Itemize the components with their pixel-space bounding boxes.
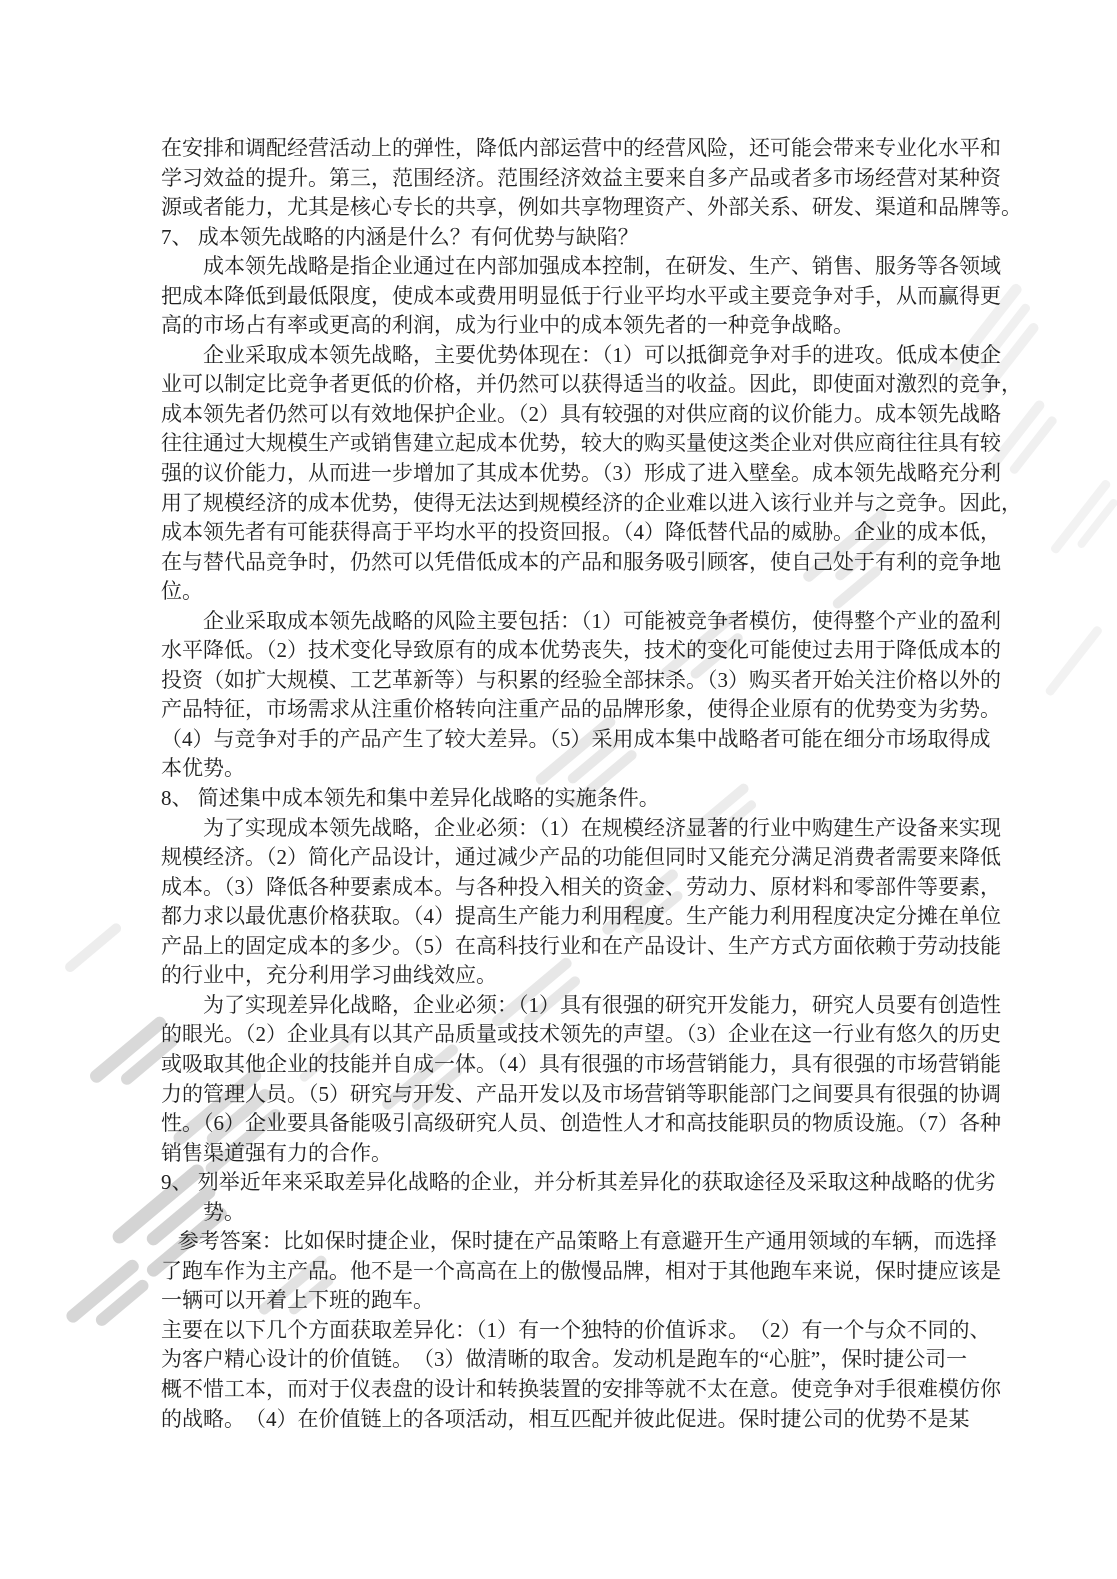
text-line: 7、 成本领先战略的内涵是什么？有何优势与缺陷？ xyxy=(161,223,971,253)
document-text: 在安排和调配经营活动上的弹性，降低内部运营中的经营风险，还可能会带来专业化水平和… xyxy=(161,134,971,1434)
text-line: 高的市场占有率或更高的利润，成为行业中的成本领先者的一种竞争战略。 xyxy=(161,311,971,341)
text-line: 产品特征，市场需求从注重价格转向注重产品的品牌形象，使得企业原有的优势变为劣势。 xyxy=(161,695,971,725)
text-line: 成本。（3）降低各种要素成本。与各种投入相关的资金、劳动力、原材料和零部件等要素… xyxy=(161,873,971,903)
text-line: 为了实现差异化战略，企业必须：（1）具有很强的研究开发能力，研究人员要有创造性 xyxy=(161,991,971,1021)
text-line: 成本领先者有可能获得高于平均水平的投资回报。（4）降低替代品的威胁。企业的成本低… xyxy=(161,518,971,548)
text-line: 或吸取其他企业的技能并自成一体。（4）具有很强的市场营销能力，具有很强的市场营销… xyxy=(161,1050,971,1080)
text-line: 投资（如扩大规模、工艺革新等）与积累的经验全部抹杀。（3）购买者开始关注价格以外… xyxy=(161,666,971,696)
document-page: 在安排和调配经营活动上的弹性，降低内部运营中的经营风险，还可能会带来专业化水平和… xyxy=(0,0,1117,1579)
text-line: 为了实现成本领先战略，企业必须：（1）在规模经济显著的行业中购建生产设备来实现 xyxy=(161,814,971,844)
text-line: 企业采取成本领先战略的风险主要包括：（1）可能被竞争者模仿，使得整个产业的盈利 xyxy=(161,607,971,637)
text-line: 概不惜工本，而对于仪表盘的设计和转换装置的安排等就不太在意。使竞争对手很难模仿你 xyxy=(161,1375,971,1405)
text-line: 的战略。 （4）在价值链上的各项活动，相互匹配并彼此促进。保时捷公司的优势不是某 xyxy=(161,1405,971,1435)
text-line: 都力求以最优惠价格获取。（4）提高生产能力利用程度。生产能力利用程度决定分摊在单… xyxy=(161,902,971,932)
text-line: 本优势。 xyxy=(161,754,971,784)
text-line: 在安排和调配经营活动上的弹性，降低内部运营中的经营风险，还可能会带来专业化水平和 xyxy=(161,134,971,164)
text-line: 参考答案：比如保时捷企业，保时捷在产品策略上有意避开生产通用领域的车辆，而选择 xyxy=(161,1227,971,1257)
text-line: 把成本降低到最低限度，使成本或费用明显低于行业平均水平或主要竞争对手，从而赢得更 xyxy=(161,282,971,312)
text-line: 势。 xyxy=(161,1198,971,1228)
text-line: 成本领先者仍然可以有效地保护企业。（2）具有较强的对供应商的议价能力。成本领先战… xyxy=(161,400,971,430)
text-line: 销售渠道强有力的合作。 xyxy=(161,1139,971,1169)
text-line: 位。 xyxy=(161,577,971,607)
text-line: 用了规模经济的成本优势，使得无法达到规模经济的企业难以进入该行业并与之竞争。因此… xyxy=(161,489,971,519)
text-line: 学习效益的提升。第三，范围经济。范围经济效益主要来自多产品或者多市场经营对某种资 xyxy=(161,164,971,194)
text-line: 水平降低。（2）技术变化导致原有的成本优势丧失，技术的变化可能使过去用于降低成本… xyxy=(161,636,971,666)
text-line: 9、 列举近年来采取差异化战略的企业，并分析其差异化的获取途径及采取这种战略的优… xyxy=(161,1168,971,1198)
text-line: 性。（6）企业要具备能吸引高级研究人员、创造性人才和高技能职员的物质设施。（7）… xyxy=(161,1109,971,1139)
text-line: 业可以制定比竞争者更低的价格，并仍然可以获得适当的收益。因此，即使面对激烈的竞争… xyxy=(161,370,971,400)
text-line: 力的管理人员。（5）研究与开发、产品开发以及市场营销等职能部门之间要具有很强的协… xyxy=(161,1080,971,1110)
text-line: 了跑车作为主产品。他不是一个高高在上的傲慢品牌，相对于其他跑车来说，保时捷应该是 xyxy=(161,1257,971,1287)
text-line: 一辆可以开着上下班的跑车。 xyxy=(161,1286,971,1316)
text-line: 源或者能力，尤其是核心专长的共享，例如共享物理资产、外部关系、研发、渠道和品牌等… xyxy=(161,193,971,223)
text-line: 主要在以下几个方面获取差异化：（1）有一个独特的价值诉求。 （2）有一个与众不同… xyxy=(161,1316,971,1346)
text-line: 8、 简述集中成本领先和集中差异化战略的实施条件。 xyxy=(161,784,971,814)
text-line: 企业采取成本领先战略，主要优势体现在：（1）可以抵御竞争对手的进攻。低成本使企 xyxy=(161,341,971,371)
text-line: 强的议价能力，从而进一步增加了其成本优势。（3）形成了进入壁垒。成本领先战略充分… xyxy=(161,459,971,489)
text-line: 往往通过大规模生产或销售建立起成本优势，较大的购买量使这类企业对供应商往往具有较 xyxy=(161,429,971,459)
text-line: 为客户精心设计的价值链。 （3）做清晰的取舍。发动机是跑车的“心脏”，保时捷公司… xyxy=(161,1345,971,1375)
text-line: 的眼光。（2）企业具有以其产品质量或技术领先的声望。（3）企业在这一行业有悠久的… xyxy=(161,1020,971,1050)
text-line: 产品上的固定成本的多少。（5）在高科技行业和在产品设计、生产方式方面依赖于劳动技… xyxy=(161,932,971,962)
text-line: 成本领先战略是指企业通过在内部加强成本控制，在研发、生产、销售、服务等各领域 xyxy=(161,252,971,282)
text-line: 在与替代品竞争时，仍然可以凭借低成本的产品和服务吸引顾客，使自己处于有利的竞争地 xyxy=(161,548,971,578)
text-line: （4）与竞争对手的产品产生了较大差异。（5）采用成本集中战略者可能在细分市场取得… xyxy=(161,725,971,755)
text-line: 规模经济。（2）简化产品设计，通过减少产品的功能但同时又能充分满足消费者需要来降… xyxy=(161,843,971,873)
text-line: 的行业中，充分利用学习曲线效应。 xyxy=(161,961,971,991)
